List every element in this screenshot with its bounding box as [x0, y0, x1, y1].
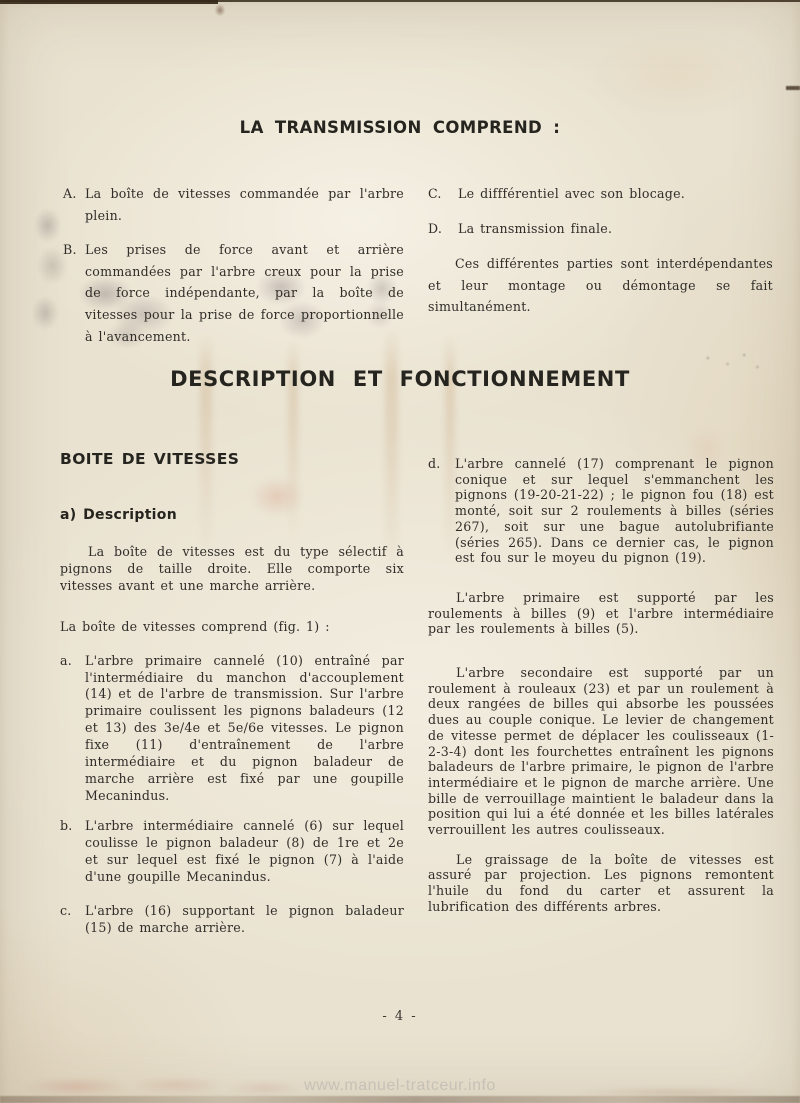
- page-title: LA TRANSMISSION COMPREND :: [0, 118, 800, 137]
- page-number: - 4 -: [0, 1009, 800, 1024]
- page-bottom-edge: [0, 1096, 800, 1103]
- transmission-list-left: A. La boîte de vitesses commandée par l'…: [63, 183, 404, 347]
- list-item-d: D. La transmission finale.: [428, 218, 773, 240]
- primary-shaft-paragraph: L'arbre primaire est supporté par les ro…: [428, 590, 774, 637]
- gearbox-item-d: d. L'arbre cannelé (17) comprenant le pi…: [428, 456, 774, 566]
- item-label: c.: [60, 903, 85, 937]
- item-text: Le diffférentiel avec son blocage.: [458, 183, 773, 205]
- item-text: L'arbre (16) supportant le pignon balade…: [85, 903, 404, 937]
- transmission-list-right: C. Le diffférentiel avec son blocage. D.…: [428, 183, 773, 318]
- item-label: B.: [63, 239, 85, 347]
- gearbox-right-column: d. L'arbre cannelé (17) comprenant le pi…: [428, 456, 774, 915]
- manual-page: LA TRANSMISSION COMPREND : A. La boîte d…: [0, 0, 800, 1103]
- list-item-a: A. La boîte de vitesses commandée par l'…: [63, 183, 404, 226]
- page-top-edge-line-left: [0, 0, 218, 4]
- gearbox-comprend-line: La boîte de vitesses comprend (fig. 1) :: [60, 619, 404, 636]
- item-label: d.: [428, 456, 455, 566]
- item-label: D.: [428, 218, 458, 240]
- item-label: A.: [63, 183, 85, 226]
- item-text: La boîte de vitesses commandée par l'arb…: [85, 183, 404, 226]
- section-heading: DESCRIPTION ET FONCTIONNEMENT: [0, 367, 800, 391]
- description-subheading: a) Description: [60, 507, 404, 523]
- lubrication-paragraph: Le graissage de la boîte de vitesses est…: [428, 852, 774, 915]
- item-text: L'arbre primaire cannelé (10) entraîné p…: [85, 653, 404, 805]
- gearbox-item-a: a. L'arbre primaire cannelé (10) entraîn…: [60, 653, 404, 805]
- ink-mark: [212, 3, 228, 21]
- secondary-shaft-paragraph: L'arbre secondaire est supporté par un r…: [428, 665, 774, 838]
- item-text: L'arbre intermédiaire cannelé (6) sur le…: [85, 818, 404, 886]
- page-top-edge-line: [0, 0, 800, 2]
- interdependence-note: Ces différentes parties sont interdépend…: [428, 253, 773, 318]
- item-label: C.: [428, 183, 458, 205]
- item-text: L'arbre cannelé (17) comprenant le pigno…: [455, 456, 774, 566]
- watermark-text: www.manuel-tratceur.info: [0, 1077, 800, 1095]
- list-item-c: C. Le diffférentiel avec son blocage.: [428, 183, 773, 205]
- list-item-b: B. Les prises de force avant et arrière …: [63, 239, 404, 347]
- item-text: Les prises de force avant et arrière com…: [85, 239, 404, 347]
- gearbox-heading: BOITE DE VITESSES: [60, 450, 404, 468]
- gearbox-item-b: b. L'arbre intermédiaire cannelé (6) sur…: [60, 818, 404, 886]
- item-text: La transmission finale.: [458, 218, 773, 240]
- gearbox-intro-paragraph: La boîte de vitesses est du type sélecti…: [60, 544, 404, 595]
- gearbox-item-c: c. L'arbre (16) supportant le pignon bal…: [60, 903, 404, 937]
- ink-mark: [786, 86, 800, 90]
- item-label: b.: [60, 818, 85, 886]
- gearbox-left-column: BOITE DE VITESSES a) Description La boît…: [60, 450, 404, 937]
- item-label: a.: [60, 653, 85, 805]
